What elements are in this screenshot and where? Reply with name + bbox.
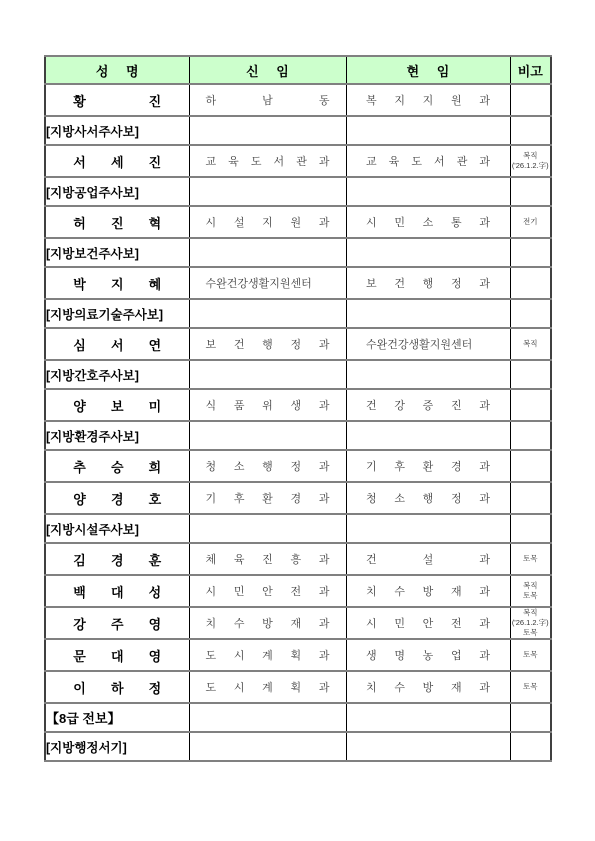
- table-row: [지방사서주사보]: [45, 116, 551, 145]
- remark-cell: 복직토목: [510, 575, 551, 607]
- remark-line: 토목: [511, 628, 551, 638]
- current-assignment: 기 후 환 경 과: [366, 458, 490, 474]
- empty-current-cell: [346, 360, 510, 389]
- current-assignment: 치 수 방 재 과: [366, 583, 490, 599]
- empty-new-cell: [189, 177, 346, 206]
- remark-line: 복직: [511, 151, 551, 161]
- table-row: [지방보건주사보]: [45, 238, 551, 267]
- table-row: 이 하 정도 시 계 획 과치 수 방 재 과토목: [45, 671, 551, 703]
- remark-cell: 복직('26.1.2.字)토목: [510, 607, 551, 639]
- remark-line: 토목: [511, 591, 551, 601]
- current-assignment: 시 민 소 통 과: [366, 214, 490, 230]
- table-row: 양 보 미식 품 위 생 과건 강 증 진 과: [45, 389, 551, 421]
- empty-new-cell: [189, 514, 346, 543]
- remark-line: 복직: [511, 339, 551, 349]
- table-row: [지방행정서기]: [45, 732, 551, 761]
- empty-current-cell: [346, 299, 510, 328]
- table-row: [지방의료기술주사보]: [45, 299, 551, 328]
- table-row: [지방환경주사보]: [45, 421, 551, 450]
- rank-label-cell: [지방환경주사보]: [45, 421, 189, 450]
- name-cell: 강 주 영: [45, 607, 189, 639]
- person-name: 양 보 미: [73, 396, 161, 415]
- rank-label-cell: [지방시설주사보]: [45, 514, 189, 543]
- current-assignment: 치 수 방 재 과: [366, 679, 490, 695]
- empty-current-cell: [346, 238, 510, 267]
- remark-line: 토목: [511, 554, 551, 564]
- empty-remark-cell: [510, 177, 551, 206]
- empty-new-cell: [189, 360, 346, 389]
- name-cell: 추 승 희: [45, 450, 189, 482]
- table-row: 추 승 희청 소 행 정 과기 후 환 경 과: [45, 450, 551, 482]
- person-name: 박 지 혜: [73, 274, 161, 293]
- table-body: 황 진하 남 동복 지 지 원 과[지방사서주사보]서 세 진교 육 도 서 관…: [45, 84, 551, 761]
- person-name: 양 경 호: [73, 489, 161, 508]
- table-row: [지방시설주사보]: [45, 514, 551, 543]
- new-assignment-cell: 시 민 안 전 과: [189, 575, 346, 607]
- empty-remark-cell: [510, 703, 551, 732]
- name-cell: 박 지 혜: [45, 267, 189, 299]
- header-new-post: 신 임: [189, 56, 346, 84]
- empty-new-cell: [189, 116, 346, 145]
- current-assignment-cell: 치 수 방 재 과: [346, 671, 510, 703]
- new-assignment-cell: 청 소 행 정 과: [189, 450, 346, 482]
- rank-label-cell: [지방사서주사보]: [45, 116, 189, 145]
- name-cell: 양 경 호: [45, 482, 189, 514]
- document-page: 성 명 신 임 현 임 비고 황 진하 남 동복 지 지 원 과[지방사서주사보…: [0, 0, 595, 841]
- rank-label-cell: [지방보건주사보]: [45, 238, 189, 267]
- table-row: 【8급 전보】: [45, 703, 551, 732]
- remark-cell: [510, 389, 551, 421]
- current-assignment-cell: 수완건강생활지원센터: [346, 328, 510, 360]
- person-name: 김 경 훈: [73, 550, 161, 569]
- table-row: 김 경 훈체 육 진 흥 과건 설 과토목: [45, 543, 551, 575]
- empty-current-cell: [346, 514, 510, 543]
- empty-remark-cell: [510, 360, 551, 389]
- table-row: 심 서 연보 건 행 정 과수완건강생활지원센터복직: [45, 328, 551, 360]
- empty-current-cell: [346, 421, 510, 450]
- table-row: 박 지 혜수완건강생활지원센터보 건 행 정 과: [45, 267, 551, 299]
- section-label-cell: 【8급 전보】: [45, 703, 189, 732]
- remark-cell: 복직: [510, 328, 551, 360]
- remark-cell: 토목: [510, 543, 551, 575]
- empty-current-cell: [346, 732, 510, 761]
- new-assignment-cell: 치 수 방 재 과: [189, 607, 346, 639]
- new-assignment: 치 수 방 재 과: [206, 615, 330, 631]
- person-name: 백 대 성: [73, 582, 161, 601]
- new-assignment-cell: 시 설 지 원 과: [189, 206, 346, 238]
- table-header-row: 성 명 신 임 현 임 비고: [45, 56, 551, 84]
- name-cell: 양 보 미: [45, 389, 189, 421]
- current-assignment-cell: 청 소 행 정 과: [346, 482, 510, 514]
- table-row: 황 진하 남 동복 지 지 원 과: [45, 84, 551, 116]
- current-assignment-cell: 교 육 도 서 관 과: [346, 145, 510, 177]
- header-name: 성 명: [45, 56, 189, 84]
- new-assignment: 하 남 동: [206, 92, 330, 108]
- table-row: 양 경 호기 후 환 경 과청 소 행 정 과: [45, 482, 551, 514]
- current-assignment-cell: 보 건 행 정 과: [346, 267, 510, 299]
- table-row: 강 주 영치 수 방 재 과시 민 안 전 과복직('26.1.2.字)토목: [45, 607, 551, 639]
- remark-cell: 복직('26.1.2.字): [510, 145, 551, 177]
- table-row: 서 세 진교 육 도 서 관 과교 육 도 서 관 과복직('26.1.2.字): [45, 145, 551, 177]
- name-cell: 서 세 진: [45, 145, 189, 177]
- person-name: 이 하 정: [73, 678, 161, 697]
- remark-cell: 전기: [510, 206, 551, 238]
- new-assignment: 교 육 도 서 관 과: [206, 153, 330, 169]
- new-assignment: 청 소 행 정 과: [206, 458, 330, 474]
- empty-new-cell: [189, 421, 346, 450]
- remark-cell: 토목: [510, 671, 551, 703]
- name-cell: 문 대 영: [45, 639, 189, 671]
- current-assignment: 건 설 과: [366, 551, 490, 567]
- person-name: 문 대 영: [73, 646, 161, 665]
- remark-cell: [510, 84, 551, 116]
- name-cell: 이 하 정: [45, 671, 189, 703]
- current-assignment-cell: 시 민 안 전 과: [346, 607, 510, 639]
- name-cell: 김 경 훈: [45, 543, 189, 575]
- new-assignment: 시 설 지 원 과: [206, 214, 330, 230]
- empty-remark-cell: [510, 116, 551, 145]
- rank-label-cell: [지방공업주사보]: [45, 177, 189, 206]
- new-assignment: 식 품 위 생 과: [206, 397, 330, 413]
- remark-line: 토목: [511, 650, 551, 660]
- remark-cell: [510, 482, 551, 514]
- remark-line: 토목: [511, 682, 551, 692]
- table-row: [지방간호주사보]: [45, 360, 551, 389]
- header-remark: 비고: [510, 56, 551, 84]
- empty-current-cell: [346, 116, 510, 145]
- current-assignment-cell: 기 후 환 경 과: [346, 450, 510, 482]
- current-assignment: 보 건 행 정 과: [366, 275, 490, 291]
- current-assignment: 청 소 행 정 과: [366, 490, 490, 506]
- new-assignment-cell: 도 시 계 획 과: [189, 671, 346, 703]
- empty-remark-cell: [510, 732, 551, 761]
- new-assignment: 수완건강생활지원센터: [206, 275, 330, 291]
- table-row: [지방공업주사보]: [45, 177, 551, 206]
- rank-label-cell: [지방행정서기]: [45, 732, 189, 761]
- empty-new-cell: [189, 238, 346, 267]
- current-assignment: 시 민 안 전 과: [366, 615, 490, 631]
- new-assignment-cell: 교 육 도 서 관 과: [189, 145, 346, 177]
- name-cell: 심 서 연: [45, 328, 189, 360]
- new-assignment-cell: 체 육 진 흥 과: [189, 543, 346, 575]
- empty-current-cell: [346, 703, 510, 732]
- remark-line: 전기: [511, 217, 551, 227]
- new-assignment: 체 육 진 흥 과: [206, 551, 330, 567]
- empty-new-cell: [189, 299, 346, 328]
- person-name: 서 세 진: [73, 152, 161, 171]
- remark-line: 복직: [511, 581, 551, 591]
- empty-current-cell: [346, 177, 510, 206]
- current-assignment-cell: 치 수 방 재 과: [346, 575, 510, 607]
- name-cell: 허 진 혁: [45, 206, 189, 238]
- table-row: 허 진 혁시 설 지 원 과시 민 소 통 과전기: [45, 206, 551, 238]
- person-name: 추 승 희: [73, 457, 161, 476]
- current-assignment-cell: 생 명 농 업 과: [346, 639, 510, 671]
- remark-line: 복직: [511, 608, 551, 618]
- name-cell: 황 진: [45, 84, 189, 116]
- empty-remark-cell: [510, 299, 551, 328]
- new-assignment-cell: 식 품 위 생 과: [189, 389, 346, 421]
- new-assignment: 도 시 계 획 과: [206, 647, 330, 663]
- table-row: 백 대 성시 민 안 전 과치 수 방 재 과복직토목: [45, 575, 551, 607]
- current-assignment-cell: 건 강 증 진 과: [346, 389, 510, 421]
- person-name: 허 진 혁: [73, 213, 161, 232]
- person-name: 황 진: [73, 91, 161, 110]
- current-assignment-cell: 시 민 소 통 과: [346, 206, 510, 238]
- current-assignment: 복 지 지 원 과: [366, 92, 490, 108]
- new-assignment-cell: 수완건강생활지원센터: [189, 267, 346, 299]
- empty-new-cell: [189, 732, 346, 761]
- rank-label-cell: [지방의료기술주사보]: [45, 299, 189, 328]
- new-assignment-cell: 기 후 환 경 과: [189, 482, 346, 514]
- remark-line: ('26.1.2.字): [511, 161, 551, 171]
- new-assignment: 시 민 안 전 과: [206, 583, 330, 599]
- new-assignment-cell: 도 시 계 획 과: [189, 639, 346, 671]
- current-assignment-cell: 건 설 과: [346, 543, 510, 575]
- new-assignment-cell: 보 건 행 정 과: [189, 328, 346, 360]
- empty-remark-cell: [510, 238, 551, 267]
- person-name: 심 서 연: [73, 335, 161, 354]
- empty-remark-cell: [510, 421, 551, 450]
- current-assignment: 교 육 도 서 관 과: [366, 153, 490, 169]
- new-assignment-cell: 하 남 동: [189, 84, 346, 116]
- personnel-transfer-table: 성 명 신 임 현 임 비고 황 진하 남 동복 지 지 원 과[지방사서주사보…: [44, 55, 552, 762]
- table-row: 문 대 영도 시 계 획 과생 명 농 업 과토목: [45, 639, 551, 671]
- name-cell: 백 대 성: [45, 575, 189, 607]
- header-current-post: 현 임: [346, 56, 510, 84]
- new-assignment: 기 후 환 경 과: [206, 490, 330, 506]
- current-assignment: 수완건강생활지원센터: [366, 336, 490, 352]
- empty-new-cell: [189, 703, 346, 732]
- person-name: 강 주 영: [73, 614, 161, 633]
- remark-line: ('26.1.2.字): [511, 618, 551, 628]
- current-assignment-cell: 복 지 지 원 과: [346, 84, 510, 116]
- empty-remark-cell: [510, 514, 551, 543]
- remark-cell: [510, 267, 551, 299]
- new-assignment: 보 건 행 정 과: [206, 336, 330, 352]
- current-assignment: 생 명 농 업 과: [366, 647, 490, 663]
- rank-label-cell: [지방간호주사보]: [45, 360, 189, 389]
- current-assignment: 건 강 증 진 과: [366, 397, 490, 413]
- remark-cell: 토목: [510, 639, 551, 671]
- remark-cell: [510, 450, 551, 482]
- new-assignment: 도 시 계 획 과: [206, 679, 330, 695]
